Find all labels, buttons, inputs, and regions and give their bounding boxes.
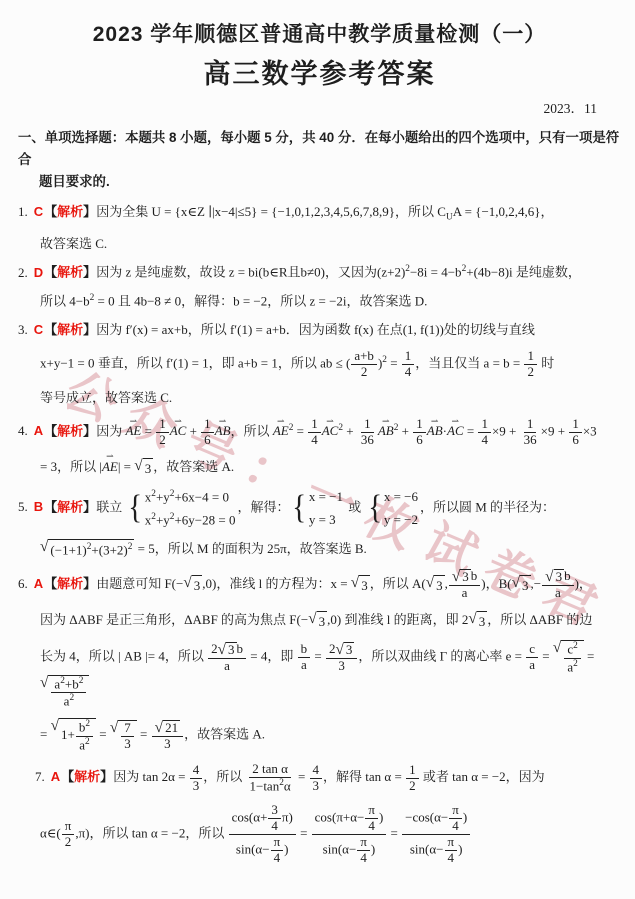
question-number: 3.: [18, 322, 28, 337]
math-cases: {x2+y2+6x−4 = 0x2+y2+6y−28 = 0: [127, 487, 235, 530]
math-vector: AE: [273, 421, 289, 441]
math-fraction: cos(π+α−π4)sin(α−π4): [311, 803, 388, 866]
math-vector: AC: [447, 421, 464, 441]
question-line: 5.B【解析】联立 {x2+y2+6x−4 = 0x2+y2+6y−28 = 0…: [18, 487, 621, 530]
math-superscript: 2: [170, 512, 175, 522]
math-subscript: U: [446, 213, 453, 223]
answer-letter: A: [34, 576, 43, 591]
math-superscript: 2: [405, 264, 410, 274]
analysis-bracket-open: 【: [44, 204, 57, 219]
answer-letter: C: [34, 204, 43, 219]
math-sqrt: √3: [512, 575, 531, 596]
math-vector: AE: [125, 421, 141, 441]
answers-title: 高三数学参考答案: [18, 52, 621, 91]
question-number: 7.: [35, 769, 45, 784]
question-line: 3.C【解析】因为 f′(x) = ax+b，所以 f′(1) = a+b．因为…: [18, 320, 621, 340]
math-fraction: b2a2: [75, 719, 94, 753]
analysis-bracket-close: 】: [83, 265, 96, 280]
math-fraction: 136: [520, 417, 541, 448]
math-fraction: 136: [357, 417, 378, 448]
question-number: 5.: [18, 499, 28, 514]
radical-icon: √: [335, 642, 343, 657]
question-line: 2.D【解析】因为 z 是纯虚数，故设 z = bi(b∈R且b≠0)，又因为(…: [18, 262, 621, 282]
radical-icon: √: [110, 720, 118, 735]
radical-icon: √: [553, 640, 561, 655]
math-sqrt: √3: [426, 575, 445, 596]
radical-icon: √: [426, 575, 434, 590]
section-heading-line1: 一、单项选择题：本题共 8 小题，每小题 5 分，共 40 分．在每小题给出的四…: [18, 127, 621, 171]
math-fraction: π4: [448, 803, 463, 834]
analysis-bracket-close: 】: [83, 204, 96, 219]
question-line: 1.C【解析】因为全集 U = {x∈Z ∣|x−4|≤5} = {−1,0,1…: [18, 202, 621, 225]
math-fraction: 14: [401, 349, 416, 380]
math-fraction: 34: [267, 803, 282, 834]
math-sqrt: √c2a2: [553, 640, 584, 675]
math-superscript: 2: [382, 355, 387, 365]
math-fraction: −cos(α−π4)sin(α−π4): [401, 803, 471, 866]
question: 6.A【解析】由题意可知 F(−√3,0)，准线 l 的方程为：x = √3，所…: [18, 569, 621, 753]
question-line: 因为 ΔABF 是正三角形，ΔABF 的高为焦点 F(−√3,0) 到准线 l …: [18, 610, 621, 631]
question-line: 等号成立，故答案选 C.: [18, 388, 621, 408]
radical-icon: √: [545, 569, 553, 584]
radical-icon: √: [468, 611, 476, 626]
math-sqrt: √1+b2a2: [51, 718, 96, 753]
scanned-answer-key-page: { "page": { "title_line1": "2023 学年顺德区普通…: [0, 0, 635, 899]
math-fraction: 73: [120, 721, 135, 752]
radical-icon: √: [51, 718, 59, 733]
radical-icon: √: [512, 575, 520, 590]
math-cases: {x = −6y = −2: [367, 487, 419, 529]
question-line: √(−1+1)2+(3+2)2 = 5，所以 M 的面积为 25π，故答案选 B…: [18, 539, 621, 560]
question-line: 长为 4，所以 | AB |= 4，所以 2√3ba = 4，即 ba = 2√…: [18, 640, 621, 709]
header: 2023 学年顺德区普通高中教学质量检测（一） 高三数学参考答案 2023．11…: [18, 18, 621, 193]
question-number: 4.: [18, 423, 28, 438]
math-superscript: 2: [573, 641, 578, 651]
math-fraction: 14: [477, 417, 492, 448]
brace-icon: {: [368, 491, 382, 525]
analysis-bracket-close: 】: [83, 322, 96, 337]
math-fraction: π4: [270, 835, 285, 866]
question: 7.A【解析】因为 tan 2α = 43，所以 2 tan α1−tan2α …: [18, 762, 621, 866]
question-line: 4.A【解析】因为 AE = 12AC + 16AB，所以 AE2 = 14AC…: [18, 417, 621, 448]
math-vector: AC: [170, 421, 187, 441]
math-fraction: 16: [568, 417, 583, 448]
analysis-bracket-close: 】: [83, 576, 96, 591]
math-superscript: 2: [394, 423, 399, 433]
analysis-bracket-open: 【: [44, 322, 57, 337]
question: 4.A【解析】因为 AE = 12AC + 16AB，所以 AE2 = 14AC…: [18, 417, 621, 478]
math-sqrt: √3: [335, 642, 354, 658]
math-fraction: c2a2: [563, 641, 581, 675]
analysis-bracket-open: 【: [44, 499, 57, 514]
math-sqrt: √3: [452, 569, 471, 585]
math-fraction: π4: [444, 835, 459, 866]
radical-icon: √: [452, 569, 460, 584]
math-fraction: π2: [61, 819, 76, 850]
question-line: 故答案选 C.: [18, 234, 621, 254]
math-cases: {x = −1y = 3: [291, 487, 343, 529]
math-fraction: √3ba: [448, 569, 481, 601]
question-line: α∈(π2,π)，所以 tan α = −2，所以 cos(α+34π)sin(…: [18, 803, 621, 866]
math-sqrt: √3: [218, 642, 237, 658]
radical-icon: √: [155, 720, 163, 735]
section-heading-line2: 题目要求的.: [18, 171, 621, 193]
radical-icon: √: [308, 611, 316, 626]
exam-date: 2023．11: [18, 97, 621, 117]
math-sqrt: √3: [351, 575, 370, 596]
math-vector: AB: [427, 421, 443, 441]
brace-icon: {: [129, 491, 143, 525]
math-superscript: 2: [151, 512, 156, 522]
answer-letter: D: [34, 265, 43, 280]
analysis-bracket-open: 【: [44, 423, 57, 438]
analysis-bracket-close: 】: [83, 499, 96, 514]
math-superscript: 2: [170, 489, 175, 499]
math-superscript: 2: [462, 264, 467, 274]
radical-icon: √: [218, 642, 226, 657]
math-fraction: cos(α+34π)sin(α−π4): [228, 803, 297, 866]
analysis-bracket-open: 【: [61, 769, 74, 784]
analysis-label: 解析: [57, 499, 83, 514]
math-fraction: 14: [307, 417, 322, 448]
math-fraction: ba: [297, 642, 312, 673]
analysis-label: 解析: [57, 204, 83, 219]
math-sqrt: √21: [155, 720, 180, 736]
math-fraction: 2 tan α1−tan2α: [245, 762, 294, 794]
math-sqrt: √73: [110, 720, 137, 752]
math-fraction: 12: [155, 417, 170, 448]
math-vector: AE: [102, 457, 118, 477]
analysis-label: 解析: [57, 322, 83, 337]
answer-letter: C: [34, 322, 43, 337]
question-line: 所以 4−b2 = 0 且 4b−8 ≠ 0，解得：b = −2，所以 z = …: [18, 291, 621, 311]
math-fraction: 16: [412, 417, 427, 448]
answer-letter: B: [34, 499, 43, 514]
math-sqrt: √3: [468, 611, 487, 632]
math-fraction: 16: [200, 417, 215, 448]
question-line: = 3，所以 |AE| = √3，故答案选 A.: [18, 457, 621, 478]
analysis-label: 解析: [74, 769, 100, 784]
math-sqrt: √a2+b2a2: [40, 675, 89, 710]
math-fraction: ca: [525, 642, 539, 673]
math-superscript: 2: [60, 676, 65, 686]
math-sqrt: √3: [134, 458, 153, 479]
exam-title: 2023 学年顺德区普通高中教学质量检测（一）: [18, 18, 621, 48]
question: 2.D【解析】因为 z 是纯虚数，故设 z = bi(b∈R且b≠0)，又因为(…: [18, 262, 621, 311]
math-fraction: a2+b2a2: [50, 676, 87, 710]
math-sqrt: √(−1+1)2+(3+2)2: [40, 539, 134, 560]
question-number: 6.: [18, 576, 28, 591]
analysis-label: 解析: [57, 423, 83, 438]
math-sqrt: √3: [183, 575, 202, 596]
math-superscript: 2: [85, 737, 90, 747]
radical-icon: √: [40, 539, 48, 554]
analysis-bracket-open: 【: [44, 576, 57, 591]
question: 5.B【解析】联立 {x2+y2+6x−4 = 0x2+y2+6y−28 = 0…: [18, 487, 621, 560]
question-number: 2.: [18, 265, 28, 280]
math-superscript: 2: [79, 676, 84, 686]
question: 1.C【解析】因为全集 U = {x∈Z ∣|x−4|≤5} = {−1,0,1…: [18, 202, 621, 253]
math-superscript: 2: [87, 542, 92, 552]
math-fraction: √3ba: [541, 569, 574, 601]
question-number: 1.: [18, 204, 28, 219]
math-superscript: 2: [85, 719, 90, 729]
radical-icon: √: [351, 575, 359, 590]
question-line: x+y−1 = 0 垂直，所以 f′(1) = 1，即 a+b = 1，所以 a…: [18, 349, 621, 380]
question-line: 7.A【解析】因为 tan 2α = 43，所以 2 tan α1−tan2α …: [18, 762, 621, 794]
analysis-bracket-close: 】: [83, 423, 96, 438]
math-superscript: 2: [279, 778, 284, 788]
math-superscript: 2: [573, 659, 578, 669]
radical-icon: √: [40, 675, 48, 690]
math-vector: AB: [378, 421, 394, 441]
math-fraction: 2√33: [325, 642, 358, 674]
brace-icon: {: [293, 491, 307, 525]
math-fraction: 12: [405, 763, 420, 794]
math-fraction: 43: [309, 763, 324, 794]
math-fraction: π4: [356, 835, 371, 866]
math-vector: AB: [215, 421, 231, 441]
math-superscript: 2: [289, 423, 294, 433]
math-fraction: 12: [523, 349, 538, 380]
radical-icon: √: [183, 575, 191, 590]
math-fraction: π4: [364, 803, 379, 834]
math-fraction: a+b2: [350, 349, 378, 380]
answer-letter: A: [34, 423, 43, 438]
question-line: = √1+b2a2 = √73 = √213，故答案选 A.: [18, 718, 621, 753]
analysis-label: 解析: [57, 576, 83, 591]
math-superscript: 2: [90, 293, 95, 303]
radical-icon: √: [134, 458, 142, 473]
analysis-label: 解析: [57, 265, 83, 280]
question: 3.C【解析】因为 f′(x) = ax+b，所以 f′(1) = a+b．因为…: [18, 320, 621, 408]
math-superscript: 2: [69, 693, 74, 703]
analysis-bracket-open: 【: [44, 265, 57, 280]
answer-letter: A: [51, 769, 60, 784]
math-fraction: 2√3ba: [207, 642, 247, 674]
math-superscript: 2: [151, 489, 156, 499]
math-sqrt: √3: [545, 569, 564, 585]
analysis-bracket-close: 】: [100, 769, 113, 784]
math-superscript: 2: [338, 423, 343, 433]
page-container: 2023 学年顺德区普通高中教学质量检测（一） 高三数学参考答案 2023．11…: [0, 0, 635, 866]
math-fraction: 43: [189, 763, 204, 794]
question-line: 6.A【解析】由题意可知 F(−√3,0)，准线 l 的方程为：x = √3，所…: [18, 569, 621, 601]
math-fraction: √213: [151, 720, 184, 752]
math-sqrt: √3: [308, 611, 327, 632]
math-vector: AC: [322, 421, 339, 441]
math-superscript: 2: [128, 542, 133, 552]
answers-list: 1.C【解析】因为全集 U = {x∈Z ∣|x−4|≤5} = {−1,0,1…: [18, 202, 621, 866]
